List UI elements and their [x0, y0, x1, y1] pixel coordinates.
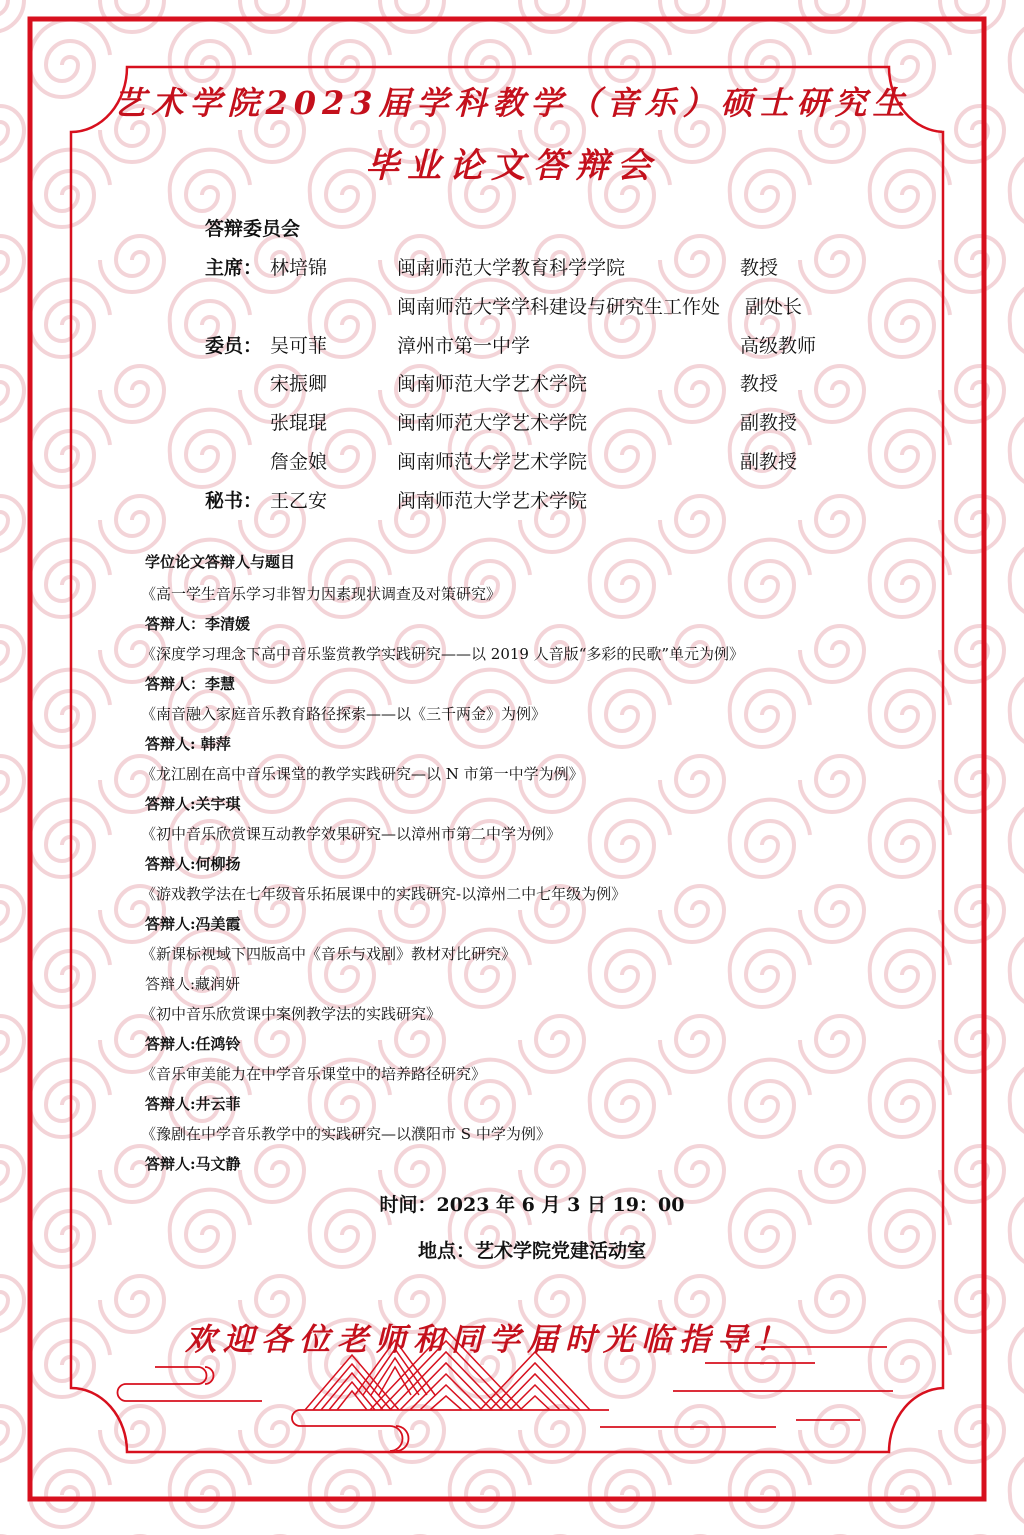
committee-heading: 答辩委员会 [205, 214, 300, 244]
thesis-item: 《音乐审美能力在中学音乐课堂中的培养路径研究》 答辩人:井云菲 [145, 1059, 885, 1119]
thesis-defender: 答辩人：李慧 [145, 669, 885, 699]
thesis-defender: 答辩人:任鸿铃 [145, 1029, 885, 1059]
thesis-item: 《新课标视域下四版高中《音乐与戏剧》教材对比研究》 答辩人:藏润妍 [145, 939, 885, 999]
thesis-title: 《新课标视域下四版高中《音乐与戏剧》教材对比研究》 [141, 939, 885, 969]
theses-heading: 学位论文答辩人与题目 [145, 549, 885, 579]
member-title: 副处长 [745, 292, 802, 322]
member-name: 林培锦 [270, 253, 327, 283]
thesis-defender: 答辩人:马文静 [145, 1149, 885, 1179]
member-name: 张琨琨 [270, 408, 327, 438]
member-name: 吴可菲 [270, 331, 327, 361]
committee-section: 答辩委员会 主席： 林培锦 闽南师范大学教育科学学院 教授 闽南师范大学学科建设… [205, 214, 300, 244]
thesis-title: 《龙江剧在高中音乐课堂的教学实践研究—以 N 市第一中学为例》 [141, 759, 885, 789]
thesis-item: 《豫剧在中学音乐教学中的实践研究—以濮阳市 S 中学为例》 答辩人:马文静 [145, 1119, 885, 1179]
thesis-item: 《初中音乐欣赏课中案例教学法的实践研究》 答辩人:任鸿铃 [145, 999, 885, 1059]
thesis-title: 《音乐审美能力在中学音乐课堂中的培养路径研究》 [141, 1059, 885, 1089]
page-title-line-1: 艺术学院2023届学科教学（音乐）硕士研究生 [0, 78, 1024, 124]
member-org: 闽南师范大学艺术学院 [397, 486, 587, 516]
thesis-item: 《游戏教学法在七年级音乐拓展课中的实践研究-以漳州二中七年级为例》 答辩人:冯美… [145, 879, 885, 939]
thesis-defender: 答辩人:藏润妍 [145, 969, 885, 999]
member-role: 委员： [205, 331, 262, 361]
thesis-item: 《龙江剧在高中音乐课堂的教学实践研究—以 N 市第一中学为例》 答辩人:关宇琪 [145, 759, 885, 819]
member-title: 教授 [740, 253, 778, 283]
welcome-message: 欢迎各位老师和同学届时光临指导！ [185, 1314, 793, 1359]
member-role: 主席： [205, 253, 262, 283]
member-org: 闽南师范大学艺术学院 [397, 369, 587, 399]
member-title: 副教授 [740, 408, 797, 438]
theses-section: 学位论文答辩人与题目 《高一学生音乐学习非智力因素现状调查及对策研究》 答辩人：… [145, 549, 885, 1179]
thesis-title: 《深度学习理念下高中音乐鉴赏教学实践研究——以 2019 人音版“多彩的民歌”单… [141, 639, 885, 669]
member-name: 王乙安 [270, 486, 327, 516]
member-org: 漳州市第一中学 [397, 331, 530, 361]
member-role: 秘书： [205, 486, 262, 516]
event-place: 地点：艺术学院党建活动室 [0, 1236, 1024, 1263]
thesis-title: 《南音融入家庭音乐教育路径探索——以《三千两金》为例》 [141, 699, 885, 729]
thesis-title: 《游戏教学法在七年级音乐拓展课中的实践研究-以漳州二中七年级为例》 [141, 879, 885, 909]
member-org: 闽南师范大学艺术学院 [397, 447, 587, 477]
thesis-defender: 答辩人:冯美霞 [145, 909, 885, 939]
member-title: 高级教师 [740, 331, 816, 361]
member-name: 宋振卿 [270, 369, 327, 399]
member-org: 闽南师范大学教育科学学院 [397, 253, 625, 283]
thesis-defender: 答辩人: 韩萍 [145, 729, 885, 759]
thesis-defender: 答辩人：李清媛 [145, 609, 885, 639]
thesis-defender: 答辩人:关宇琪 [145, 789, 885, 819]
thesis-title: 《高一学生音乐学习非智力因素现状调查及对策研究》 [141, 579, 885, 609]
thesis-title: 《豫剧在中学音乐教学中的实践研究—以濮阳市 S 中学为例》 [141, 1119, 885, 1149]
thesis-title: 《初中音乐欣赏课中案例教学法的实践研究》 [141, 999, 885, 1029]
event-time: 时间：2023 年 6 月 3 日 19：00 [0, 1190, 1024, 1217]
member-org: 闽南师范大学学科建设与研究生工作处 [397, 292, 720, 322]
page-title-line-2: 毕业论文答辩会 [0, 138, 1024, 187]
member-org: 闽南师范大学艺术学院 [397, 408, 587, 438]
thesis-item: 《深度学习理念下高中音乐鉴赏教学实践研究——以 2019 人音版“多彩的民歌”单… [145, 639, 885, 699]
thesis-item: 《初中音乐欣赏课互动教学效果研究—以漳州市第二中学为例》 答辩人:何柳扬 [145, 819, 885, 879]
thesis-item: 《南音融入家庭音乐教育路径探索——以《三千两金》为例》 答辩人: 韩萍 [145, 699, 885, 759]
member-title: 副教授 [740, 447, 797, 477]
member-name: 詹金娘 [270, 447, 327, 477]
thesis-defender: 答辩人:何柳扬 [145, 849, 885, 879]
thesis-item: 《高一学生音乐学习非智力因素现状调查及对策研究》 答辩人：李清媛 [145, 579, 885, 639]
thesis-title: 《初中音乐欣赏课互动教学效果研究—以漳州市第二中学为例》 [141, 819, 885, 849]
thesis-defender: 答辩人:井云菲 [145, 1089, 885, 1119]
member-title: 教授 [740, 369, 778, 399]
